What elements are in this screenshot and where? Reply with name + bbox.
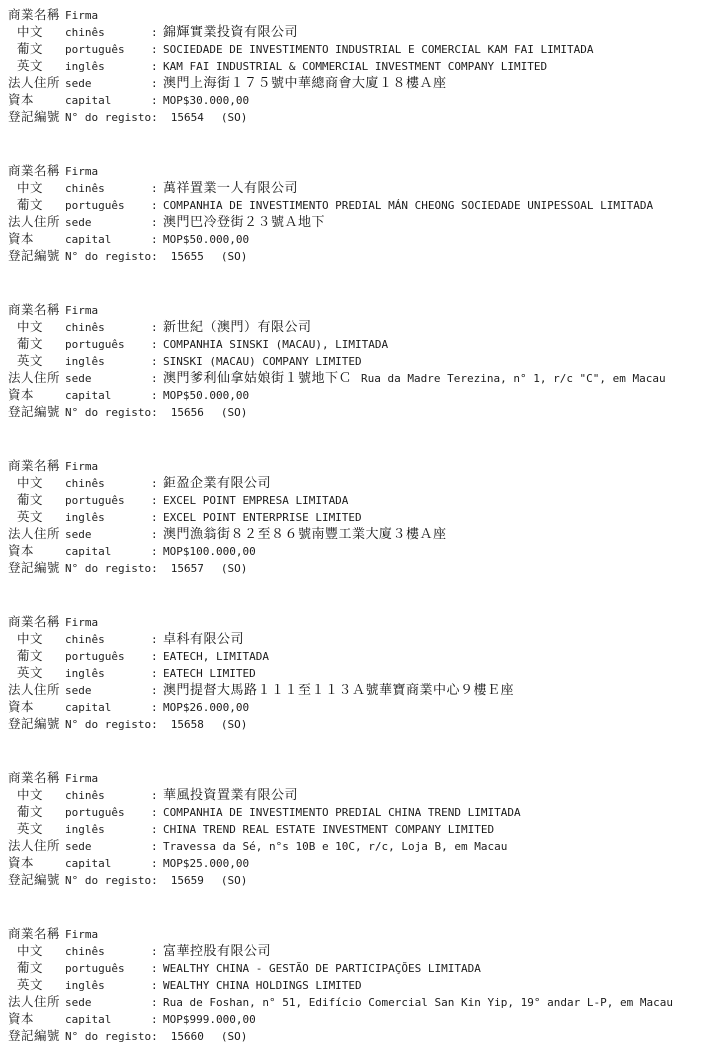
label-zh: 法人住所 xyxy=(8,74,65,91)
entry-row: 葡文português:WEALTHY CHINA - GESTÃO DE PA… xyxy=(8,959,703,976)
field-value: 卓科有限公司 xyxy=(163,631,244,648)
label-zh: 葡文 xyxy=(17,335,65,352)
registo-suffix: (SO) xyxy=(221,716,248,733)
label-latin: Firma xyxy=(65,770,151,787)
colon-separator: : xyxy=(151,960,163,977)
label-zh: 英文 xyxy=(17,820,65,837)
label-latin: chinês xyxy=(65,24,151,41)
registry-entry: 商業名稱Firma中文chinês:鉅盈企業有限公司葡文português:EX… xyxy=(8,457,703,576)
entry-row: 商業名稱Firma xyxy=(8,925,703,942)
registo-number: 15654 xyxy=(171,109,204,126)
entry-row: 法人住所sede:Rua de Foshan, n° 51, Edifício … xyxy=(8,993,703,1010)
entry-row: 葡文português:COMPANHIA DE INVESTIMENTO PR… xyxy=(8,196,703,213)
label-latin: chinês xyxy=(65,475,151,492)
registo-suffix: (SO) xyxy=(221,109,248,126)
entry-row: 資本capital:MOP$999.000,00 xyxy=(8,1010,703,1027)
colon-separator: : xyxy=(151,543,163,560)
field-value: MOP$999.000,00 xyxy=(163,1011,256,1028)
field-value: COMPANHIA DE INVESTIMENTO PREDIAL CHINA … xyxy=(163,804,521,821)
label-zh: 商業名稱 xyxy=(8,162,65,179)
registo-number: 15656 xyxy=(171,404,204,421)
label-registo: N° do registo: xyxy=(65,560,158,577)
label-latin: português xyxy=(65,492,151,509)
label-zh: 登記編號 xyxy=(8,108,65,125)
entry-row: 資本capital:MOP$50.000,00 xyxy=(8,386,703,403)
label-latin: capital xyxy=(65,387,151,404)
entry-row: 英文inglês:CHINA TREND REAL ESTATE INVESTM… xyxy=(8,820,703,837)
label-latin: português xyxy=(65,197,151,214)
entry-row: 商業名稱Firma xyxy=(8,457,703,474)
colon-separator: : xyxy=(151,787,163,804)
registry-entry: 商業名稱Firma中文chinês:富華控股有限公司葡文português:WE… xyxy=(8,925,703,1044)
registry-entry: 商業名稱Firma中文chinês:卓科有限公司葡文português:EATE… xyxy=(8,613,703,732)
entry-row: 葡文português:EATECH, LIMITADA xyxy=(8,647,703,664)
label-zh: 英文 xyxy=(17,57,65,74)
colon-separator: : xyxy=(151,526,163,543)
registo-suffix: (SO) xyxy=(221,248,248,265)
entry-row: 登記編號N° do registo:15655(SO) xyxy=(8,247,703,264)
entry-row: 英文inglês:KAM FAI INDUSTRIAL & COMMERCIAL… xyxy=(8,57,703,74)
label-zh: 法人住所 xyxy=(8,369,65,386)
registo-suffix: (SO) xyxy=(221,1028,248,1045)
label-latin: inglês xyxy=(65,58,151,75)
colon-separator: : xyxy=(151,648,163,665)
label-zh: 登記編號 xyxy=(8,715,65,732)
colon-separator: : xyxy=(151,665,163,682)
label-zh: 葡文 xyxy=(17,196,65,213)
colon-separator: : xyxy=(151,319,163,336)
colon-separator: : xyxy=(151,492,163,509)
field-value: MOP$100.000,00 xyxy=(163,543,256,560)
field-value: 澳門爹利仙拿姑娘街１號地下Ｃ xyxy=(163,370,352,387)
label-registo: N° do registo: xyxy=(65,248,158,265)
registry-entry: 商業名稱Firma中文chinês:華風投資置業有限公司葡文português:… xyxy=(8,769,703,888)
label-latin: capital xyxy=(65,699,151,716)
registo-number: 15660 xyxy=(171,1028,204,1045)
label-zh: 中文 xyxy=(17,942,65,959)
entry-row: 中文chinês:卓科有限公司 xyxy=(8,630,703,647)
registo-number: 15657 xyxy=(171,560,204,577)
registo-number: 15658 xyxy=(171,716,204,733)
colon-separator: : xyxy=(151,821,163,838)
entry-row: 法人住所sede:澳門爹利仙拿姑娘街１號地下ＣRua da Madre Tere… xyxy=(8,369,703,386)
label-zh: 中文 xyxy=(17,318,65,335)
label-latin: português xyxy=(65,960,151,977)
colon-separator: : xyxy=(151,682,163,699)
label-latin: sede xyxy=(65,75,151,92)
field-value: MOP$30.000,00 xyxy=(163,92,249,109)
colon-separator: : xyxy=(151,509,163,526)
label-zh: 商業名稱 xyxy=(8,301,65,318)
label-zh: 葡文 xyxy=(17,40,65,57)
field-value-secondary: Rua da Madre Terezina, n° 1, r/c "C", em… xyxy=(361,370,666,387)
colon-separator: : xyxy=(151,24,163,41)
registry-list: 商業名稱Firma中文chinês:錦輝實業投資有限公司葡文português:… xyxy=(8,6,703,1044)
entry-row: 登記編號N° do registo:15657(SO) xyxy=(8,559,703,576)
label-latin: sede xyxy=(65,370,151,387)
field-value: WEALTHY CHINA - GESTÃO DE PARTICIPAÇÕES … xyxy=(163,960,481,977)
colon-separator: : xyxy=(151,353,163,370)
entry-row: 登記編號N° do registo:15659(SO) xyxy=(8,871,703,888)
field-value: COMPANHIA SINSKI (MACAU), LIMITADA xyxy=(163,336,388,353)
entry-row: 中文chinês:富華控股有限公司 xyxy=(8,942,703,959)
entry-row: 葡文português:SOCIEDADE DE INVESTIMENTO IN… xyxy=(8,40,703,57)
field-value: 澳門巴冷登街２３號Ａ地下 xyxy=(163,214,325,231)
label-zh: 法人住所 xyxy=(8,525,65,542)
label-latin: inglês xyxy=(65,977,151,994)
label-registo: N° do registo: xyxy=(65,1028,158,1045)
entry-row: 葡文português:COMPANHIA SINSKI (MACAU), LI… xyxy=(8,335,703,352)
label-latin: português xyxy=(65,41,151,58)
label-latin: inglês xyxy=(65,353,151,370)
label-zh: 葡文 xyxy=(17,491,65,508)
label-zh: 登記編號 xyxy=(8,403,65,420)
label-latin: inglês xyxy=(65,509,151,526)
entry-row: 中文chinês:鉅盈企業有限公司 xyxy=(8,474,703,491)
registo-suffix: (SO) xyxy=(221,872,248,889)
field-value: SOCIEDADE DE INVESTIMENTO INDUSTRIAL E C… xyxy=(163,41,593,58)
entry-row: 商業名稱Firma xyxy=(8,613,703,630)
entry-row: 法人住所sede:澳門上海街１７５號中華總商會大廈１８樓Ａ座 xyxy=(8,74,703,91)
label-latin: português xyxy=(65,804,151,821)
entry-row: 資本capital:MOP$50.000,00 xyxy=(8,230,703,247)
entry-row: 英文inglês:SINSKI (MACAU) COMPANY LIMITED xyxy=(8,352,703,369)
label-zh: 資本 xyxy=(8,698,65,715)
entry-row: 商業名稱Firma xyxy=(8,301,703,318)
label-latin: Firma xyxy=(65,926,151,943)
label-latin: chinês xyxy=(65,787,151,804)
field-value: 澳門提督大馬路１１１至１１３Ａ號華寶商業中心９樓Ｅ座 xyxy=(163,682,514,699)
colon-separator: : xyxy=(151,75,163,92)
field-value: EATECH, LIMITADA xyxy=(163,648,269,665)
label-latin: português xyxy=(65,648,151,665)
label-latin: capital xyxy=(65,92,151,109)
field-value: 華風投資置業有限公司 xyxy=(163,787,298,804)
label-registo: N° do registo: xyxy=(65,716,158,733)
colon-separator: : xyxy=(151,943,163,960)
entry-row: 中文chinês:錦輝實業投資有限公司 xyxy=(8,23,703,40)
document-page: { "page": { "background_color": "#ffffff… xyxy=(0,0,703,1058)
label-latin: sede xyxy=(65,526,151,543)
label-zh: 英文 xyxy=(17,508,65,525)
label-zh: 中文 xyxy=(17,786,65,803)
entry-row: 英文inglês:EXCEL POINT ENTERPRISE LIMITED xyxy=(8,508,703,525)
colon-separator: : xyxy=(151,387,163,404)
label-zh: 商業名稱 xyxy=(8,457,65,474)
label-zh: 資本 xyxy=(8,854,65,871)
label-zh: 資本 xyxy=(8,386,65,403)
colon-separator: : xyxy=(151,41,163,58)
label-latin: capital xyxy=(65,1011,151,1028)
label-zh: 登記編號 xyxy=(8,871,65,888)
entry-row: 法人住所sede:澳門提督大馬路１１１至１１３Ａ號華寶商業中心９樓Ｅ座 xyxy=(8,681,703,698)
field-value: Rua de Foshan, n° 51, Edifício Comercial… xyxy=(163,994,673,1011)
label-latin: Firma xyxy=(65,458,151,475)
label-zh: 英文 xyxy=(17,664,65,681)
label-registo: N° do registo: xyxy=(65,872,158,889)
label-zh: 葡文 xyxy=(17,647,65,664)
colon-separator: : xyxy=(151,1011,163,1028)
label-zh: 資本 xyxy=(8,230,65,247)
colon-separator: : xyxy=(151,180,163,197)
field-value: EXCEL POINT ENTERPRISE LIMITED xyxy=(163,509,362,526)
label-zh: 資本 xyxy=(8,1010,65,1027)
colon-separator: : xyxy=(151,838,163,855)
field-value: MOP$25.000,00 xyxy=(163,855,249,872)
label-latin: capital xyxy=(65,543,151,560)
field-value: 鉅盈企業有限公司 xyxy=(163,475,271,492)
label-zh: 資本 xyxy=(8,91,65,108)
field-value: CHINA TREND REAL ESTATE INVESTMENT COMPA… xyxy=(163,821,494,838)
label-latin: capital xyxy=(65,231,151,248)
label-registo: N° do registo: xyxy=(65,404,158,421)
entry-row: 登記編號N° do registo:15658(SO) xyxy=(8,715,703,732)
entry-row: 資本capital:MOP$100.000,00 xyxy=(8,542,703,559)
label-zh: 商業名稱 xyxy=(8,6,65,23)
label-latin: sede xyxy=(65,994,151,1011)
label-zh: 法人住所 xyxy=(8,213,65,230)
label-zh: 法人住所 xyxy=(8,837,65,854)
colon-separator: : xyxy=(151,92,163,109)
entry-row: 資本capital:MOP$26.000,00 xyxy=(8,698,703,715)
label-latin: chinês xyxy=(65,180,151,197)
label-latin: Firma xyxy=(65,614,151,631)
entry-row: 葡文português:EXCEL POINT EMPRESA LIMITADA xyxy=(8,491,703,508)
colon-separator: : xyxy=(151,231,163,248)
entry-row: 葡文português:COMPANHIA DE INVESTIMENTO PR… xyxy=(8,803,703,820)
field-value: MOP$26.000,00 xyxy=(163,699,249,716)
label-latin: Firma xyxy=(65,163,151,180)
field-value: 富華控股有限公司 xyxy=(163,943,271,960)
label-zh: 商業名稱 xyxy=(8,925,65,942)
field-value: 錦輝實業投資有限公司 xyxy=(163,24,298,41)
field-value: EATECH LIMITED xyxy=(163,665,256,682)
label-zh: 法人住所 xyxy=(8,993,65,1010)
label-zh: 法人住所 xyxy=(8,681,65,698)
colon-separator: : xyxy=(151,699,163,716)
label-zh: 英文 xyxy=(17,976,65,993)
field-value: MOP$50.000,00 xyxy=(163,387,249,404)
field-value: 萬祥置業一人有限公司 xyxy=(163,180,298,197)
registry-entry: 商業名稱Firma中文chinês:錦輝實業投資有限公司葡文português:… xyxy=(8,6,703,125)
colon-separator: : xyxy=(151,855,163,872)
entry-row: 法人住所sede:Travessa da Sé, n°s 10B e 10C, … xyxy=(8,837,703,854)
colon-separator: : xyxy=(151,475,163,492)
field-value: 新世紀（澳門）有限公司 xyxy=(163,319,312,336)
label-zh: 中文 xyxy=(17,474,65,491)
entry-row: 中文chinês:萬祥置業一人有限公司 xyxy=(8,179,703,196)
registo-suffix: (SO) xyxy=(221,560,248,577)
label-zh: 中文 xyxy=(17,23,65,40)
field-value: 澳門上海街１７５號中華總商會大廈１８樓Ａ座 xyxy=(163,75,447,92)
field-value: MOP$50.000,00 xyxy=(163,231,249,248)
label-latin: inglês xyxy=(65,821,151,838)
colon-separator: : xyxy=(151,370,163,387)
label-latin: chinês xyxy=(65,943,151,960)
label-zh: 中文 xyxy=(17,630,65,647)
entry-row: 資本capital:MOP$25.000,00 xyxy=(8,854,703,871)
label-zh: 葡文 xyxy=(17,959,65,976)
label-latin: sede xyxy=(65,214,151,231)
field-value: Travessa da Sé, n°s 10B e 10C, r/c, Loja… xyxy=(163,838,507,855)
registry-entry: 商業名稱Firma中文chinês:萬祥置業一人有限公司葡文português:… xyxy=(8,162,703,264)
registry-entry: 商業名稱Firma中文chinês:新世紀（澳門）有限公司葡文português… xyxy=(8,301,703,420)
registo-number: 15659 xyxy=(171,872,204,889)
label-zh: 登記編號 xyxy=(8,247,65,264)
field-value: WEALTHY CHINA HOLDINGS LIMITED xyxy=(163,977,362,994)
entry-row: 中文chinês:新世紀（澳門）有限公司 xyxy=(8,318,703,335)
entry-row: 登記編號N° do registo:15656(SO) xyxy=(8,403,703,420)
entry-row: 法人住所sede:澳門巴冷登街２３號Ａ地下 xyxy=(8,213,703,230)
label-zh: 登記編號 xyxy=(8,1027,65,1044)
label-zh: 葡文 xyxy=(17,803,65,820)
entry-row: 商業名稱Firma xyxy=(8,162,703,179)
label-zh: 資本 xyxy=(8,542,65,559)
label-registo: N° do registo: xyxy=(65,109,158,126)
label-latin: Firma xyxy=(65,302,151,319)
colon-separator: : xyxy=(151,631,163,648)
label-zh: 中文 xyxy=(17,179,65,196)
entry-row: 登記編號N° do registo:15654(SO) xyxy=(8,108,703,125)
label-latin: chinês xyxy=(65,319,151,336)
colon-separator: : xyxy=(151,977,163,994)
field-value: SINSKI (MACAU) COMPANY LIMITED xyxy=(163,353,362,370)
entry-row: 商業名稱Firma xyxy=(8,769,703,786)
label-latin: sede xyxy=(65,682,151,699)
colon-separator: : xyxy=(151,804,163,821)
label-latin: chinês xyxy=(65,631,151,648)
registo-suffix: (SO) xyxy=(221,404,248,421)
colon-separator: : xyxy=(151,58,163,75)
entry-row: 登記編號N° do registo:15660(SO) xyxy=(8,1027,703,1044)
label-latin: português xyxy=(65,336,151,353)
colon-separator: : xyxy=(151,197,163,214)
colon-separator: : xyxy=(151,336,163,353)
field-value: COMPANHIA DE INVESTIMENTO PREDIAL MÁN CH… xyxy=(163,197,653,214)
label-zh: 登記編號 xyxy=(8,559,65,576)
colon-separator: : xyxy=(151,994,163,1011)
label-latin: capital xyxy=(65,855,151,872)
label-latin: sede xyxy=(65,838,151,855)
colon-separator: : xyxy=(151,214,163,231)
field-value: KAM FAI INDUSTRIAL & COMMERCIAL INVESTME… xyxy=(163,58,547,75)
entry-row: 商業名稱Firma xyxy=(8,6,703,23)
label-zh: 商業名稱 xyxy=(8,769,65,786)
entry-row: 中文chinês:華風投資置業有限公司 xyxy=(8,786,703,803)
field-value: EXCEL POINT EMPRESA LIMITADA xyxy=(163,492,348,509)
entry-row: 法人住所sede:澳門漁翁街８２至８６號南豐工業大廈３樓Ａ座 xyxy=(8,525,703,542)
entry-row: 英文inglês:EATECH LIMITED xyxy=(8,664,703,681)
entry-row: 資本capital:MOP$30.000,00 xyxy=(8,91,703,108)
entry-row: 英文inglês:WEALTHY CHINA HOLDINGS LIMITED xyxy=(8,976,703,993)
registo-number: 15655 xyxy=(171,248,204,265)
label-zh: 商業名稱 xyxy=(8,613,65,630)
field-value: 澳門漁翁街８２至８６號南豐工業大廈３樓Ａ座 xyxy=(163,526,447,543)
label-latin: inglês xyxy=(65,665,151,682)
label-zh: 英文 xyxy=(17,352,65,369)
label-latin: Firma xyxy=(65,7,151,24)
